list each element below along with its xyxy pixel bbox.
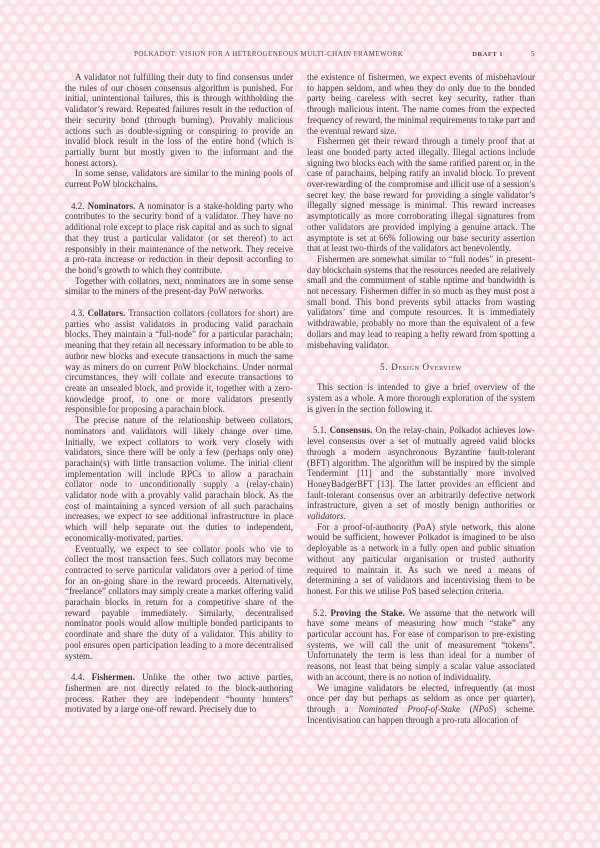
paragraph-collator-pools: Eventually, we expect to see collator po… [65, 544, 293, 662]
section-number: 5.1. [313, 425, 327, 435]
paragraph-poa-network: For a proof-of-authority (PoA) style net… [307, 522, 535, 597]
emphasis-npos-abbreviation: NPoS [473, 704, 494, 714]
paper-title: POLKADOT: VISION FOR A HETEROGENEOUS MUL… [65, 50, 472, 58]
right-column: the existence of fishermen, we expect ev… [307, 72, 535, 725]
page-number: 5 [531, 50, 535, 58]
section-text: On the relay-chain, Polkadot achieves lo… [307, 425, 535, 510]
paragraph-together-with-collators: Together with collators, next, nominator… [65, 276, 293, 297]
section-4-2-nominators: 4.2. Nominators. A nominator is a stake-… [65, 201, 293, 276]
paragraph-section-intro: This section is intended to give a brief… [307, 382, 535, 414]
paragraph-fishermen-full-nodes: Fishermen are somewhat similar to “full … [307, 254, 535, 350]
left-column: A validator not fulfilling their duty to… [65, 72, 293, 725]
paper-page-background: { "colors": { "background_pink": "#fae0e… [0, 0, 600, 848]
section-number: 5.2. [313, 608, 327, 618]
section-5-2-proving-the-stake: 5.2. Proving the Stake. We assume that t… [307, 608, 535, 683]
heading-design-overview: 5. Design Overview [307, 362, 535, 373]
paragraph-mining-pools-comparison: In some sense, validators are similar to… [65, 168, 293, 189]
section-number: 4.3. [71, 308, 85, 318]
section-title: Consensus. [330, 425, 373, 435]
two-column-body: A validator not fulfilling their duty to… [65, 72, 535, 725]
emphasis-nominated-proof-of-stake: Nominated Proof-of-Stake [358, 704, 460, 714]
section-text: A nominator is a stake-holding party who… [65, 201, 293, 275]
paragraph-npos-election: We imagine validators be elected, infreq… [307, 683, 535, 726]
paragraph-precise-nature: The precise nature of the relationship b… [65, 415, 293, 543]
section-title: Fishermen. [92, 672, 135, 682]
section-title: Collators. [88, 308, 126, 318]
section-number: 4.4. [71, 672, 85, 682]
page-content: POLKADOT: VISION FOR A HETEROGENEOUS MUL… [65, 50, 535, 725]
npos-text: ( [460, 704, 473, 714]
paragraph-validator-punishment: A validator not fulfilling their duty to… [65, 72, 293, 168]
section-title: Nominators. [88, 201, 136, 211]
emphasis-validators: validators [307, 511, 344, 521]
running-head: POLKADOT: VISION FOR A HETEROGENEOUS MUL… [65, 50, 535, 58]
section-4-3-collators: 4.3. Collators. Transaction collators (c… [65, 308, 293, 415]
section-text: We assume that the network will have som… [307, 608, 535, 682]
section-5-1-consensus: 5.1. Consensus. On the relay-chain, Polk… [307, 425, 535, 521]
paragraph-fishermen-continuation: the existence of fishermen, we expect ev… [307, 72, 535, 136]
paragraph-fishermen-reward: Fishermen get their reward through a tim… [307, 136, 535, 254]
draft-label: DRAFT 1 [472, 51, 503, 58]
section-number: 4.2. [71, 201, 85, 211]
section-title: Proving the Stake. [331, 608, 405, 618]
section-text: Transaction collators (collators for sho… [65, 308, 293, 414]
section-text-end: . [344, 511, 346, 521]
section-4-4-fishermen: 4.4. Fishermen. Unlike the other two act… [65, 672, 293, 715]
